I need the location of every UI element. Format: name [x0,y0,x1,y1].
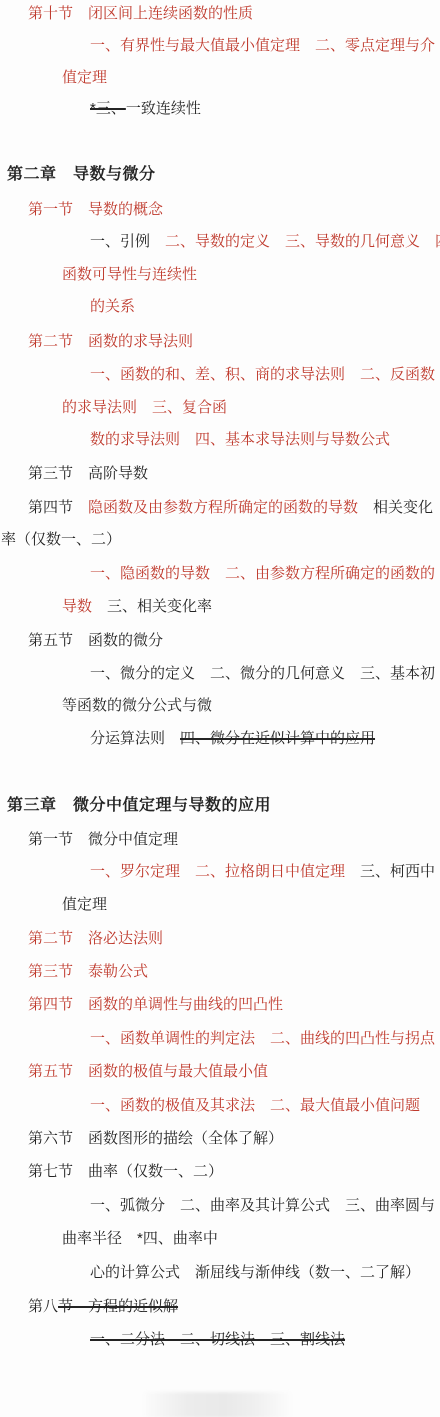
toc-text-segment: 二、导数的定义 三、导数的几何意义 四、 [165,233,440,250]
section-heading: 第五节 函数的微分 [28,631,163,651]
watermark-blur [144,1392,291,1417]
toc-text-segment: 第六节 函数图形的描绘（全体了解） [28,1130,283,1147]
section-heading: 第三节 高阶导数 [28,464,148,484]
item-line: 率（仅数一、二） [1,530,121,550]
section-heading: 第三节 泰勒公式 [28,962,148,982]
toc-text-segment: 第二节 函数的求导法则 [28,333,193,350]
item-line: 一、函数单调性的判定法 二、曲线的凹凸性与拐点 [90,1029,435,1049]
toc-text-segment: 一、弧微分 二、曲率及其计算公式 三、曲率圆与 [90,1197,435,1214]
toc-text-segment: 三、柯西中 [345,863,435,880]
toc-text-segment: 率（仅数一、二） [1,531,121,548]
toc-text-segment: 一、函数的和、差、积、商的求导法则 二、反函数 [90,366,435,383]
section-heading: 第二节 函数的求导法则 [28,332,193,352]
toc-text-segment: 隐函数及由参数方程所确定的函数的导数 [88,499,358,516]
item-line: 曲率半径 *四、曲率中 [62,1229,218,1249]
section-heading: 第七节 曲率（仅数一、二） [28,1162,223,1182]
chapter-heading: 第三章 微分中值定理与导数的应用 [7,796,271,816]
toc-text-segment: 第五节 函数的极值与最大值最小值 [28,1063,268,1080]
toc-text-segment: 值定理 [62,69,107,86]
toc-text-segment: 第七节 曲率（仅数一、二） [28,1163,223,1180]
toc-text-segment: 第三节 高阶导数 [28,465,148,482]
item-line: 一、函数的极值及其求法 二、最大值最小值问题 [90,1096,420,1116]
section-heading: 第六节 函数图形的描绘（全体了解） [28,1129,283,1149]
item-line: 数的求导法则 四、基本求导法则与导数公式 [90,430,390,450]
item-line: 一、引例 二、导数的定义 三、导数的几何意义 四、 [90,232,440,252]
item-line: 的关系 [90,297,135,317]
item-line: 值定理 [62,895,107,915]
toc-text-segment: 一、二分法 二、切线法 三、割线法 [90,1331,345,1348]
toc-text-segment: 第三章 微分中值定理与导数的应用 [7,797,271,814]
section-heading: 第四节 隐函数及由参数方程所确定的函数的导数 相关变化 [28,498,433,518]
toc-text-segment: 第二章 导数与微分 [7,166,156,183]
item-line: 心的计算公式 渐屈线与渐伸线（数一、二了解） [90,1263,420,1283]
toc-text-segment: 一、函数单调性的判定法 二、曲线的凹凸性与拐点 [90,1030,435,1047]
section-heading: 第八节 方程的近似解 [28,1297,178,1317]
toc-text-segment: 节 方程的近似解 [58,1298,178,1315]
toc-text-segment: 第八 [28,1298,58,1315]
toc-text-segment: 第二节 洛必达法则 [28,930,163,947]
item-line: 的求导法则 三、复合函 [62,398,227,418]
section-heading: 第一节 导数的概念 [28,200,163,220]
item-line: 分运算法则 四、微分在近似计算中的应用 [90,729,375,749]
item-line: 等函数的微分公式与微 [62,696,212,716]
toc-text-segment: 第四节 [28,499,88,516]
item-line: 一、有界性与最大值最小值定理 二、零点定理与介 [90,36,435,56]
toc-text-segment: 第十节 闭区间上连续函数的性质 [28,5,253,22]
toc-text-segment: 值定理 [62,896,107,913]
toc-text-segment: 等函数的微分公式与微 [62,697,212,714]
toc-text-segment: 的关系 [90,298,135,315]
item-line: 导数 三、相关变化率 [62,597,212,617]
toc-text-segment: 分运算法则 [90,730,180,747]
toc-text-segment: 导数 [62,598,92,615]
toc-text-segment: 第一节 微分中值定理 [28,831,178,848]
item-line: 一、微分的定义 二、微分的几何意义 三、基本初 [90,664,435,684]
item-line: 一、隐函数的导数 二、由参数方程所确定的函数的 [90,564,435,584]
section-heading: 第一节 微分中值定理 [28,830,178,850]
toc-text-segment: 一致连续性 [126,100,201,117]
toc-text-segment: 函数可导性与连续性 [62,266,197,283]
toc-text-segment: 第三节 泰勒公式 [28,963,148,980]
toc-text-segment: 一、微分的定义 二、微分的几何意义 三、基本初 [90,665,435,682]
toc-text-segment: 第五节 函数的微分 [28,632,163,649]
toc-text-segment: 四、微分在近似计算中的应用 [180,730,375,747]
item-line: 值定理 [62,68,107,88]
toc-text-segment: 第一节 导数的概念 [28,201,163,218]
section-heading: 第二节 洛必达法则 [28,929,163,949]
toc-text-segment: 的求导法则 三、复合函 [62,399,227,416]
toc-text-segment: 一、引例 [90,233,165,250]
item-line: *三、一致连续性 [90,99,201,119]
toc-text-segment: 三、相关变化率 [92,598,212,615]
toc-text-segment: 一、有界性与最大值最小值定理 二、零点定理与介 [90,37,435,54]
toc-text-segment: 一、函数的极值及其求法 二、最大值最小值问题 [90,1097,420,1114]
section-heading: 第四节 函数的单调性与曲线的凹凸性 [28,995,283,1015]
toc-text-segment: 一、罗尔定理 二、拉格朗日中值定理 [90,863,345,880]
toc-text-segment: 第四节 函数的单调性与曲线的凹凸性 [28,996,283,1013]
item-line: 一、罗尔定理 二、拉格朗日中值定理 三、柯西中 [90,862,435,882]
item-line: 函数可导性与连续性 [62,265,197,285]
toc-text-segment: 心的计算公式 渐屈线与渐伸线（数一、二了解） [90,1264,420,1281]
chapter-heading: 第二章 导数与微分 [7,165,156,185]
item-line: 一、二分法 二、切线法 三、割线法 [90,1330,345,1350]
section-heading: 第五节 函数的极值与最大值最小值 [28,1062,268,1082]
item-line: 一、函数的和、差、积、商的求导法则 二、反函数 [90,365,435,385]
section-heading: 第十节 闭区间上连续函数的性质 [28,4,253,24]
toc-text-segment: 相关变化 [358,499,433,516]
toc-text-segment: 一、隐函数的导数 二、由参数方程所确定的函数的 [90,565,435,582]
toc-text-segment: 数的求导法则 四、基本求导法则与导数公式 [90,431,390,448]
toc-text-segment: *三、 [90,100,126,117]
item-line: 一、弧微分 二、曲率及其计算公式 三、曲率圆与 [90,1196,435,1216]
toc-text-segment: 曲率半径 *四、曲率中 [62,1230,218,1247]
toc-page: 第十节 闭区间上连续函数的性质一、有界性与最大值最小值定理 二、零点定理与介值定… [0,0,440,1417]
